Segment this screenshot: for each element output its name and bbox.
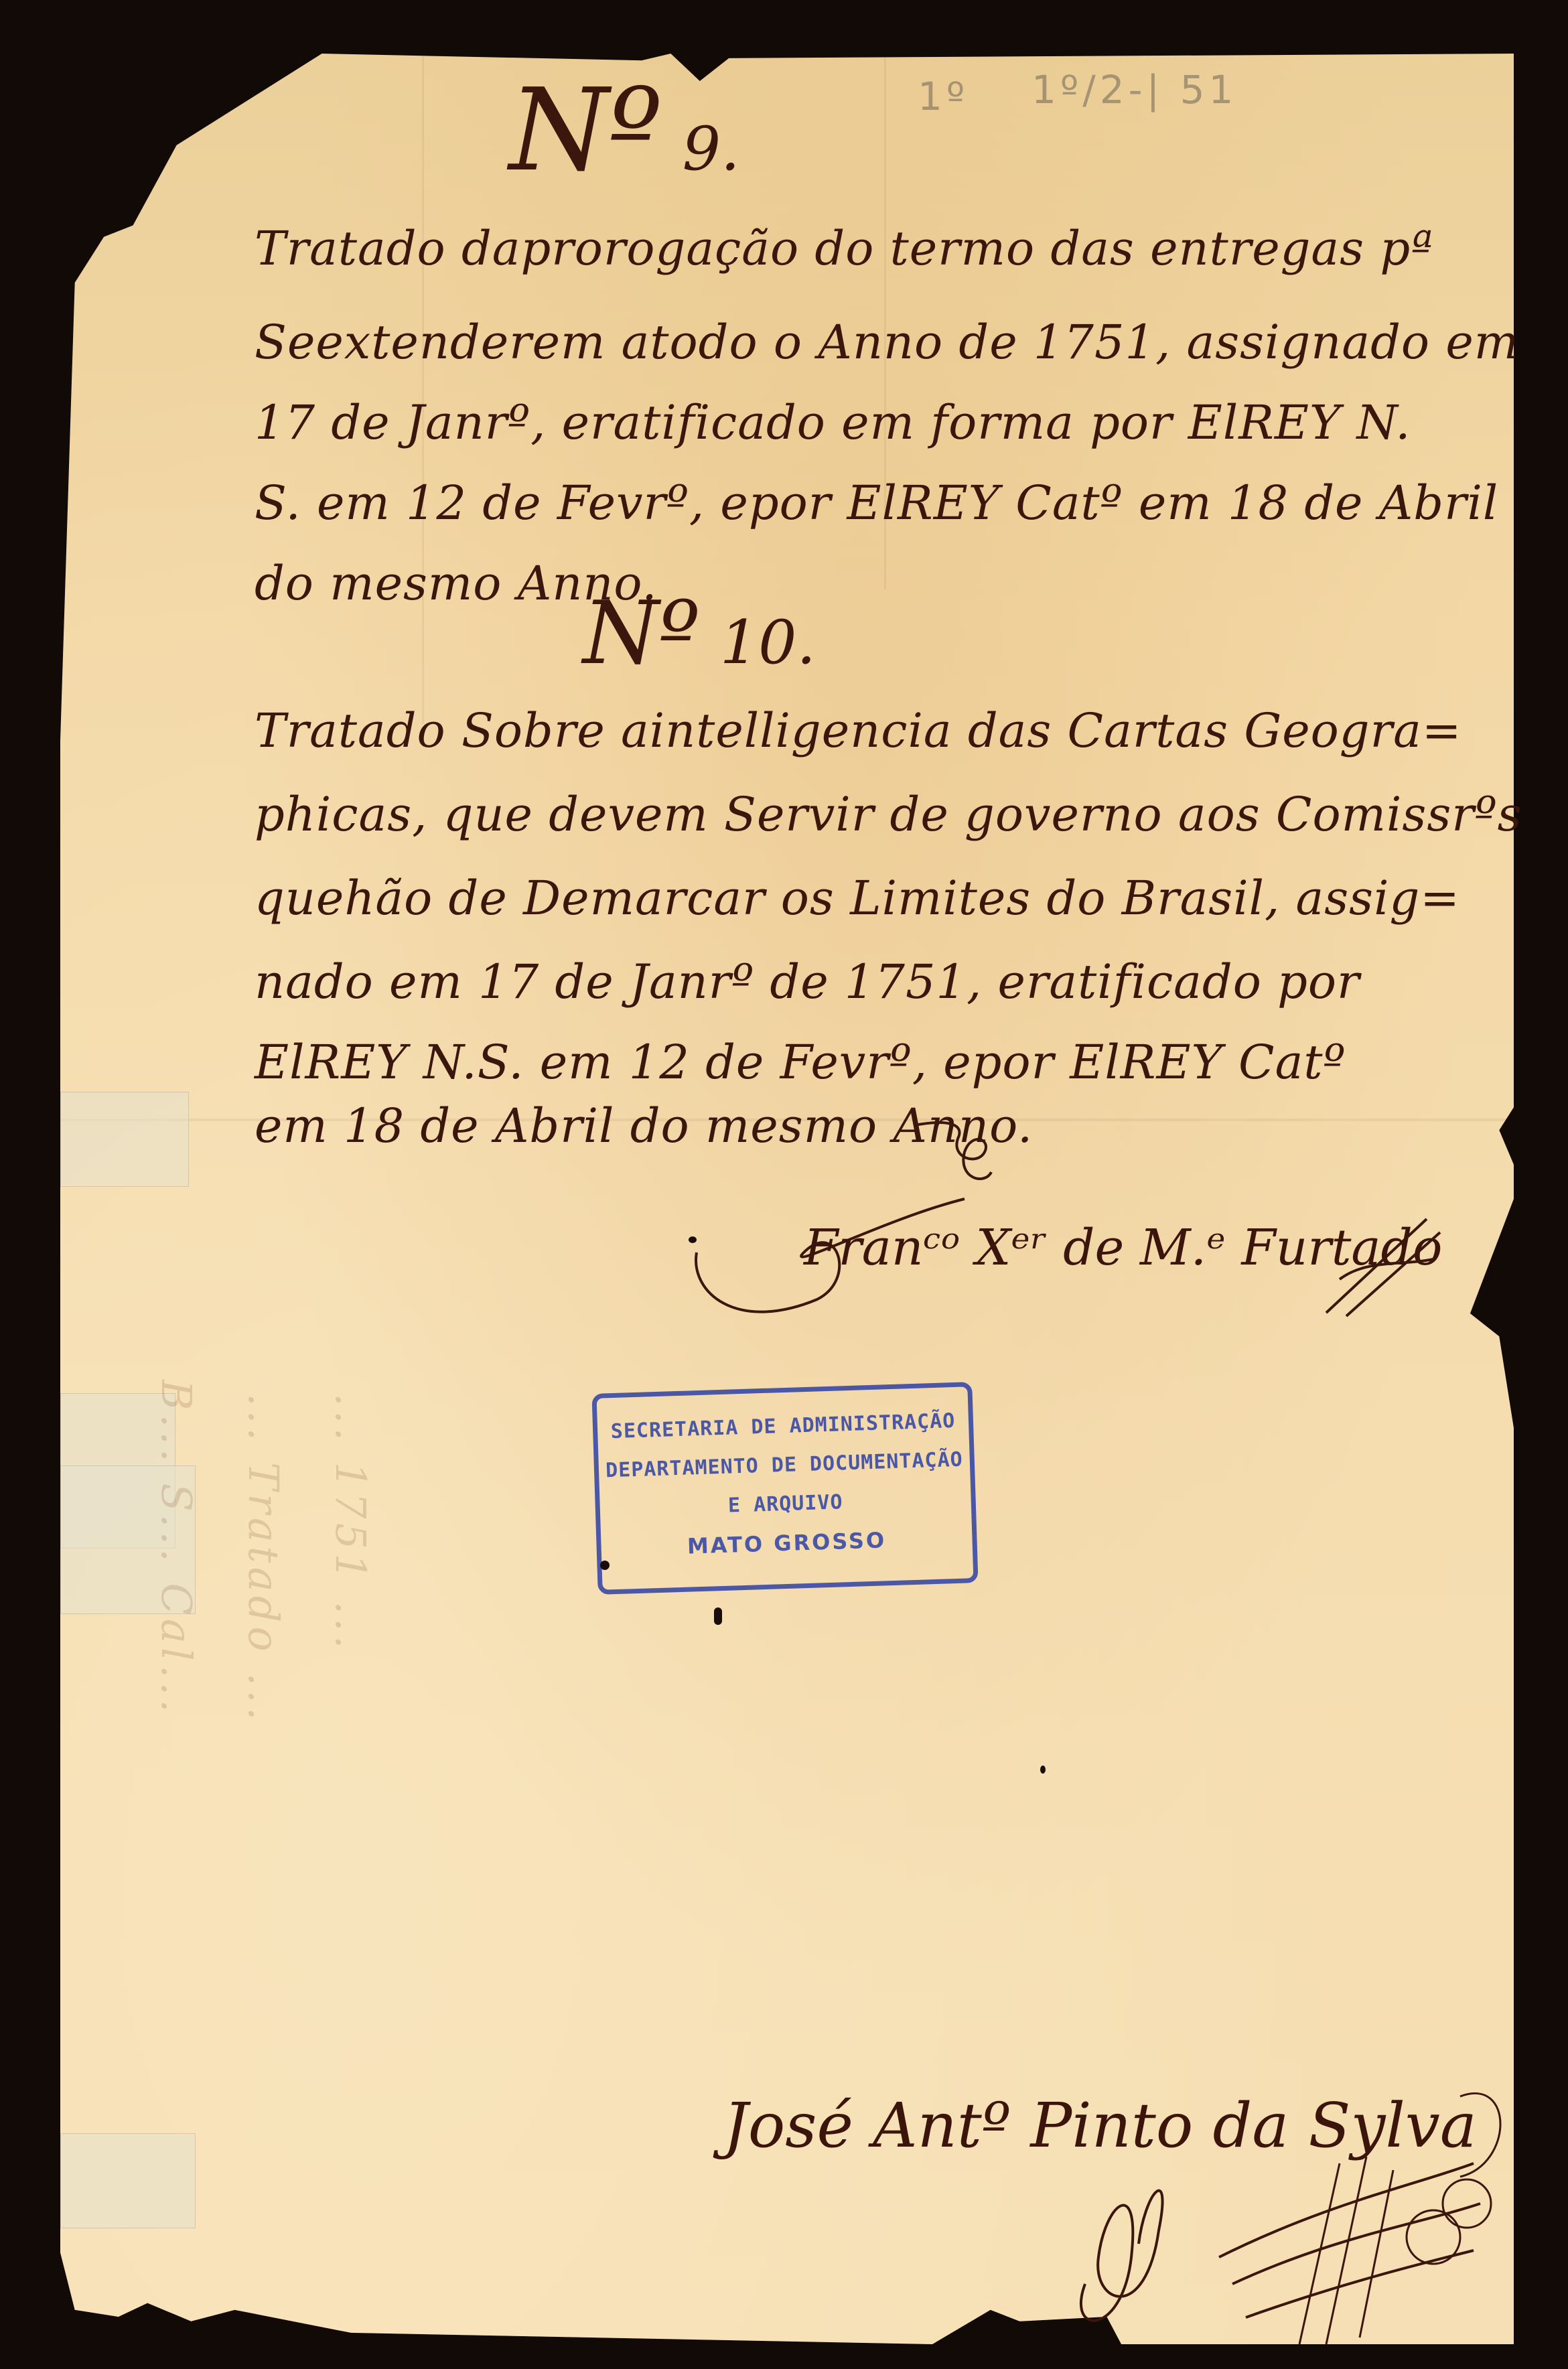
bleed-through-text: B... S... Cal... [152,1380,201,1717]
ink-dot [714,1607,722,1625]
ink-dot [689,1236,697,1243]
section-10-line: quehão de Demarcar os Limites do Brasil,… [255,871,1460,926]
tape-strip [60,2133,196,2228]
section-9-line: Tratado daprorogação do termo das entreg… [255,221,1433,276]
archive-stamp: SECRETARIA DE ADMINISTRAÇÃO DEPARTAMENTO… [591,1382,978,1595]
section-9-line: 17 de Janrº, eratificado em forma por El… [255,395,1411,450]
number-sign: Nº [509,64,662,197]
section-heading-9: Nº9. [509,74,740,188]
section-9-line: S. em 12 de Fevrº, epor ElREY Catº em 18… [255,476,1498,530]
ink-dot [1040,1766,1046,1774]
pencil-annotation-left: 1º [918,74,969,119]
fold-line [422,54,424,723]
signature-rubric-icon [1045,2083,1527,2358]
section-10-line: ElREY N.S. em 12 de Fevrº, epor ElREY Ca… [255,1035,1346,1090]
number-sign: Nº [583,582,700,684]
signature-rubric-icon [1313,1192,1447,1326]
bleed-through-text: ... 1751 ... [326,1393,375,1652]
section-10-line: Tratado Sobre aintelligencia das Cartas … [255,703,1462,758]
section-number: 10. [720,607,816,678]
section-number: 9. [683,114,740,184]
bleed-through-text: ... Tratado ... [239,1393,288,1725]
section-10-line: nado em 17 de Janrº de 1751, eratificado… [255,954,1360,1009]
ink-dot [600,1561,610,1570]
section-9-line: Seextenderem atodo o Anno de 1751, assig… [255,315,1519,370]
pencil-annotation-right: 1º/2-| 51 [1031,67,1237,113]
section-10-line: phicas, que devem Servir de governo aos … [255,787,1522,842]
section-heading-10: Nº10. [583,589,816,676]
tape-strip [60,1092,189,1187]
